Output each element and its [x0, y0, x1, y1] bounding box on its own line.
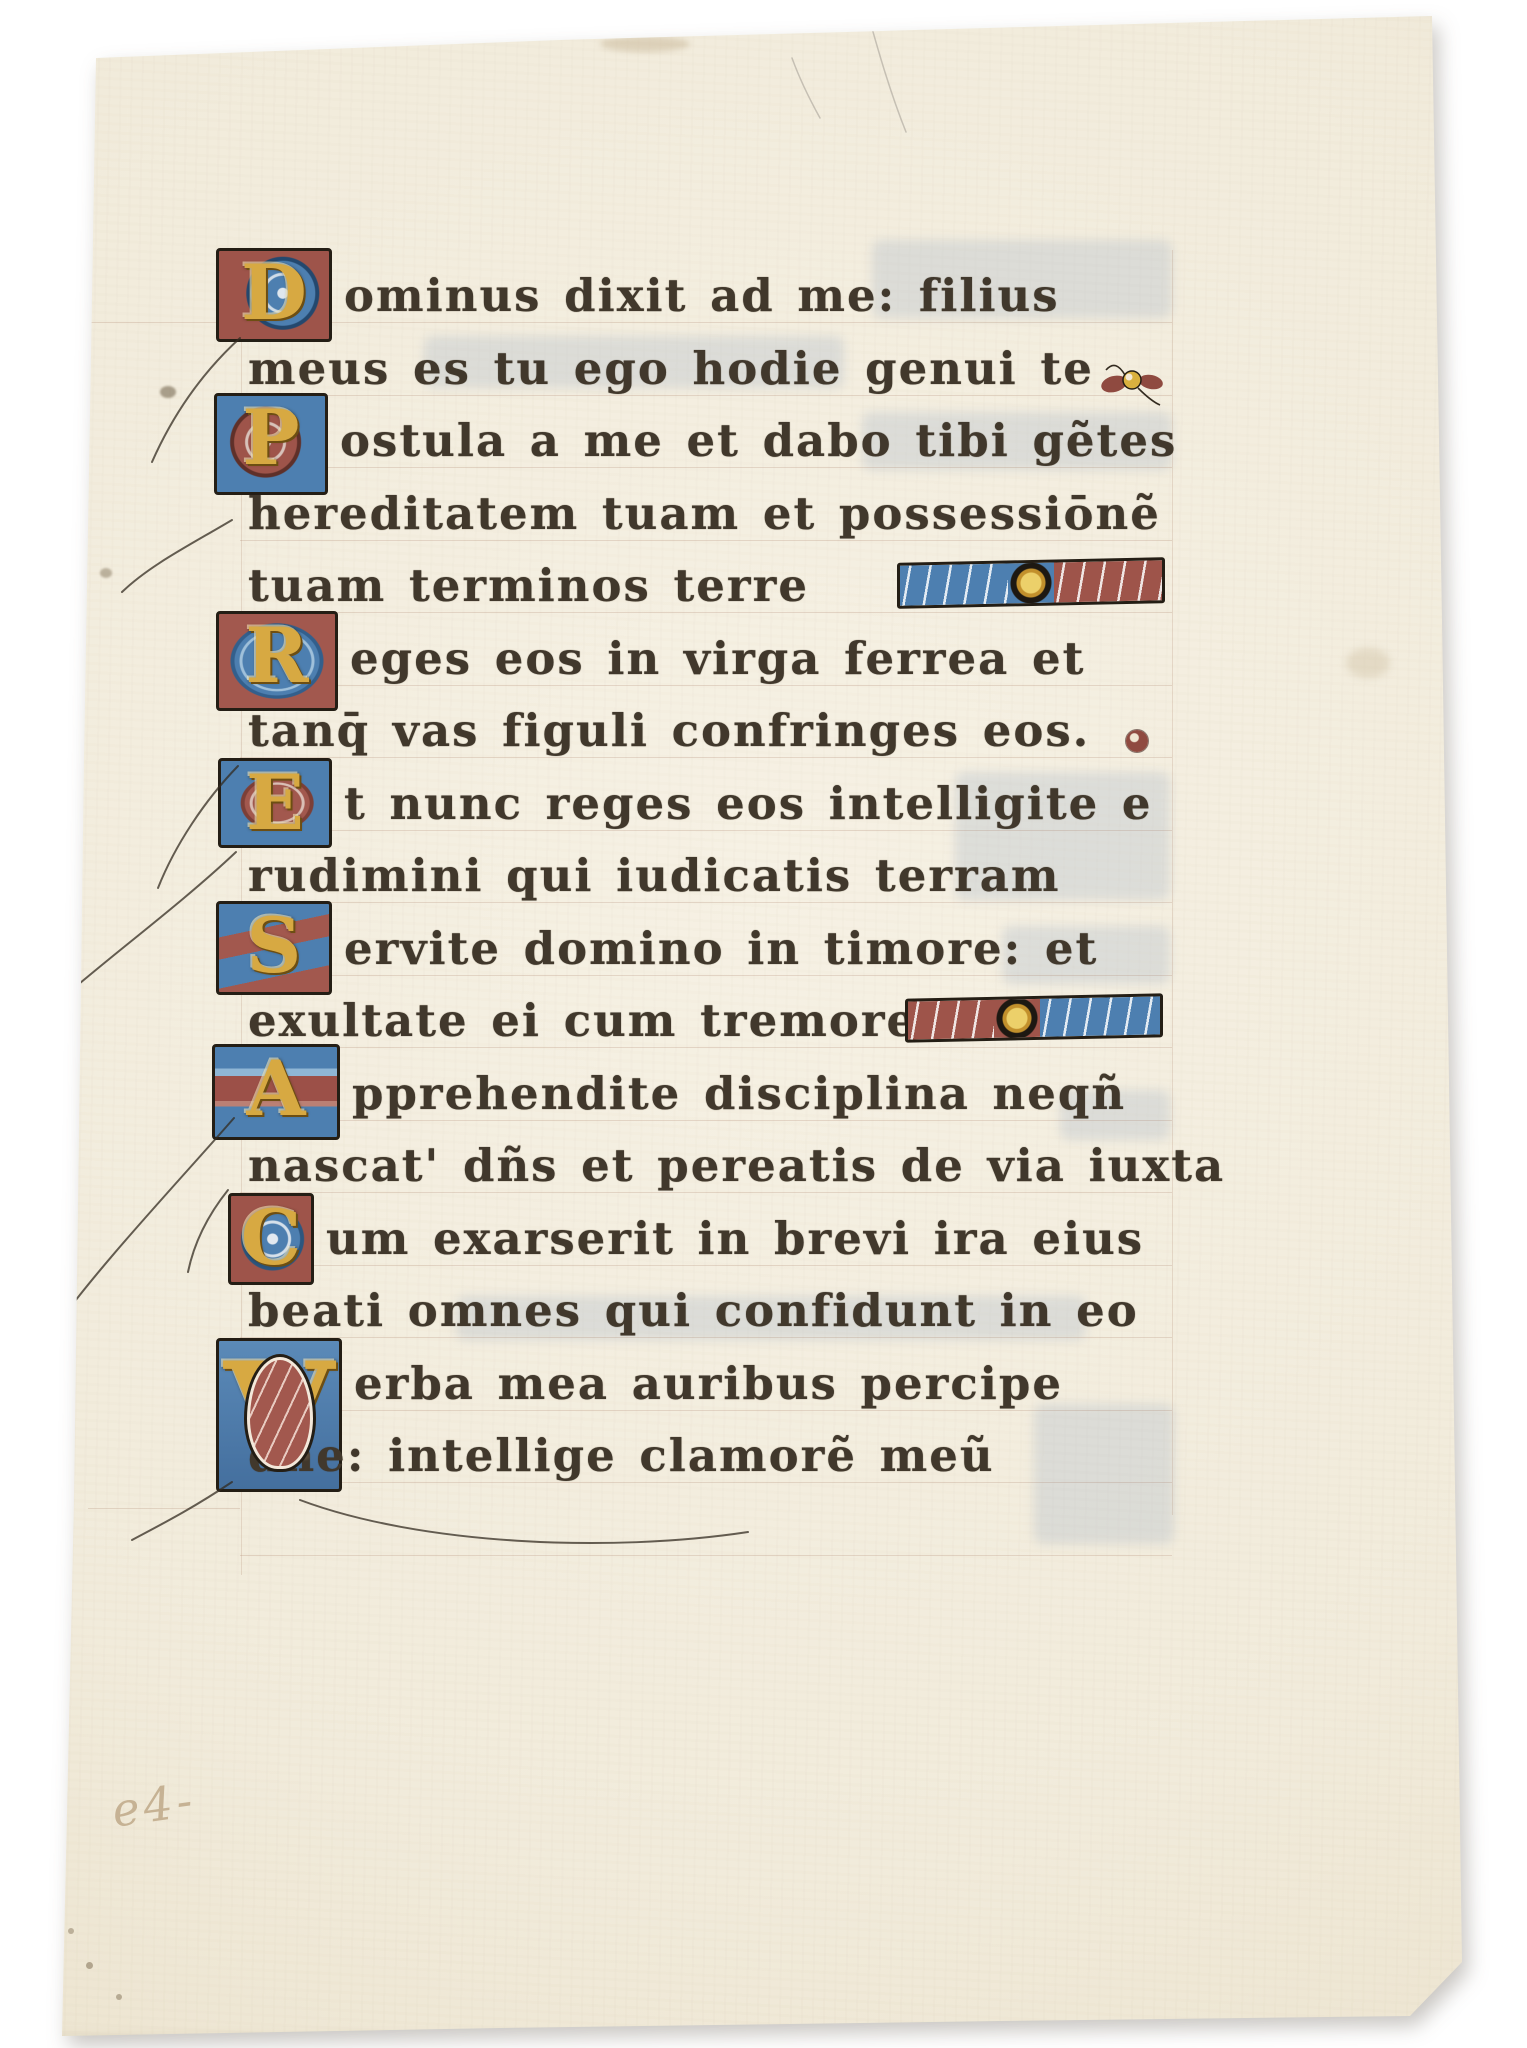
text-line: hereditatem tuam et possessiōnẽ	[248, 482, 1161, 546]
initial-letter: E	[221, 761, 329, 845]
text-line: erba mea auribus percipe	[354, 1352, 1063, 1416]
stain	[1346, 648, 1390, 678]
show-through-patch	[1034, 1404, 1174, 1544]
text-line: meus es tu ego hodie genui te	[248, 337, 1094, 401]
vellum-leaf: Dominus dixit ad me: filiusmeus es tu eg…	[0, 0, 1527, 2048]
initial-letter: A	[215, 1047, 337, 1131]
text-line: nascat' dñs et pereatis de via iuxta	[248, 1134, 1225, 1198]
filler-gold-bead	[1008, 563, 1054, 604]
red-dot-ornament	[1126, 730, 1148, 752]
pencil-inscription: e4-	[109, 1772, 200, 1837]
stain	[160, 386, 176, 398]
leaf-shadow-wrap: Dominus dixit ad me: filiusmeus es tu eg…	[0, 0, 1527, 2048]
initial-letter: S	[219, 904, 329, 988]
text-line: rudimini qui iudicatis terram	[248, 844, 1061, 908]
initial-letter: C	[231, 1196, 311, 1280]
text-line: um exarserit in brevi ira eius	[326, 1207, 1144, 1271]
text-line: ervite domino in timore: et	[344, 917, 1098, 981]
stain	[86, 1962, 93, 1969]
ruling-line	[88, 1508, 240, 1509]
line-filler	[897, 557, 1165, 609]
text-line: pprehendite disciplina neqñ	[352, 1062, 1126, 1126]
text-line: tuam terminos terre	[248, 554, 809, 618]
text-line: beati omnes qui confidunt in eo	[248, 1279, 1139, 1343]
stain	[600, 36, 690, 52]
text-line: dñe: intellige clamorẽ meũ	[248, 1424, 995, 1488]
fly-ornament	[1098, 356, 1170, 408]
text-line: exultate ei cum tremore	[248, 989, 917, 1053]
text-line: t nunc reges eos intelligite e	[344, 772, 1153, 836]
line-filler	[905, 993, 1163, 1042]
text-line: eges eos in virga ferrea et	[350, 627, 1085, 691]
initial-letter: D	[219, 251, 329, 335]
text-line: ostula a me et dabo tibi gẽtes	[340, 409, 1177, 473]
illuminated-initial-E: E	[218, 758, 332, 848]
illuminated-initial-A: A	[212, 1044, 340, 1140]
stain	[116, 1994, 122, 2000]
illuminated-initial-C: C	[228, 1193, 314, 1285]
illuminated-initial-P: P	[214, 393, 328, 495]
photo-of-manuscript-leaf: Dominus dixit ad me: filiusmeus es tu eg…	[0, 0, 1527, 2048]
ruling-line	[240, 1555, 1172, 1556]
stain	[68, 1928, 74, 1934]
filler-segment	[1040, 996, 1160, 1037]
stain	[100, 568, 112, 578]
initial-letter: V	[219, 1341, 339, 1489]
filler-segment	[900, 563, 1008, 605]
initial-letter: P	[217, 396, 325, 480]
illuminated-initial-D: D	[216, 248, 332, 342]
filler-segment	[1054, 560, 1162, 602]
filler-segment	[908, 1000, 994, 1040]
illuminated-initial-V: V	[216, 1338, 342, 1492]
illuminated-initial-S: S	[216, 901, 332, 995]
initial-letter: R	[219, 614, 335, 698]
illuminated-initial-R: R	[216, 611, 338, 711]
text-line: ominus dixit ad me: filius	[344, 264, 1060, 328]
filler-gold-bead	[994, 999, 1040, 1038]
text-line: tanq̄ vas figuli confringes eos.	[248, 699, 1090, 763]
